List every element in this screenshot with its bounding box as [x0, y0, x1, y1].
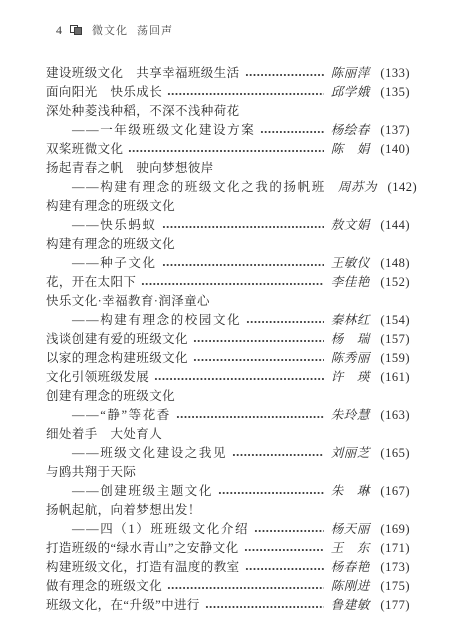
entry-author: 陈 娟: [331, 140, 370, 159]
entry-title: 建设班级文化 共享幸福班级生活: [46, 64, 240, 83]
entry-title: 深处种菱浅种稻，不深不浅种荷花: [46, 102, 240, 121]
toc-entry: 扬帆起航，向着梦想出发！: [46, 501, 410, 520]
entry-author: 杨绘春: [331, 121, 370, 140]
entry-author: 陈刚进: [331, 577, 370, 596]
entry-title: 双桨班微文化: [46, 140, 123, 159]
dotted-leader: [218, 482, 324, 501]
entry-author: 鲁建敏: [331, 596, 370, 615]
entry-page-number: (140): [377, 140, 410, 159]
dotted-leader: [232, 444, 324, 463]
entry-page-number: (157): [377, 330, 410, 349]
entry-page-number: (161): [377, 368, 410, 387]
header-book-title-part2: 荡回声: [137, 22, 173, 38]
toc-entry: ——构建有理念的校园文化 秦林红 (154): [46, 311, 410, 330]
entry-title: ——班级文化建设之我见: [46, 444, 227, 463]
dotted-leader: [128, 140, 323, 159]
toc-entry: 双桨班微文化 陈 娟 (140): [46, 140, 410, 159]
toc-entry: ——一年级班级文化建设方案 杨绘春 (137): [46, 121, 410, 140]
entry-page-number: (173): [377, 558, 410, 577]
toc-entry: 文化引领班级发展 许 瑛 (161): [46, 368, 410, 387]
dotted-leader: [167, 83, 324, 102]
entry-title: 做有理念的班级文化: [46, 577, 162, 596]
book-toc-page: 4 微文化 荡回声 建设班级文化 共享幸福班级生活 陈丽萍 (133) 面向阳光…: [0, 0, 462, 642]
entry-author: 杨 瑞: [331, 330, 370, 349]
entry-author: 邱学娥: [331, 83, 370, 102]
toc-entry: 打造班级的“绿水青山”之安静文化 王 东 (171): [46, 539, 410, 558]
dotted-leader: [193, 330, 324, 349]
entry-title: 扬起青春之帆 驶向梦想彼岸: [46, 159, 214, 178]
entry-author: 王敏仪: [331, 254, 370, 273]
header-book-title-part1: 微文化: [92, 22, 128, 38]
dotted-leader: [176, 406, 324, 425]
entry-author: 杨春艳: [331, 558, 370, 577]
running-header: 4 微文化 荡回声: [56, 22, 410, 38]
entry-page-number: (144): [377, 216, 410, 235]
entry-author: 陈秀丽: [331, 349, 370, 368]
entry-title: 花，开在太阳下: [46, 273, 136, 292]
entry-title: 面向阳光 快乐成长: [46, 83, 162, 102]
folio-page-number: 4: [56, 23, 62, 38]
dotted-leader: [154, 368, 323, 387]
entry-title: ——“静”等花香: [46, 406, 171, 425]
entry-author: 李佳艳: [331, 273, 370, 292]
toc-entry: ——“静”等花香 朱玲慧 (163): [46, 406, 410, 425]
dotted-leader: [205, 596, 324, 615]
entry-title: ——构建有理念的校园文化: [46, 311, 241, 330]
overlapping-squares-icon: [70, 24, 83, 36]
entry-page-number: (171): [377, 539, 410, 558]
toc-entry: 浅谈创建有爱的班级文化 杨 瑞 (157): [46, 330, 410, 349]
entry-page-number: (133): [377, 64, 410, 83]
dotted-leader: [162, 254, 324, 273]
entry-page-number: (177): [377, 596, 410, 615]
entry-page-number: (163): [377, 406, 410, 425]
entry-page-number: (148): [377, 254, 410, 273]
entry-author: 朱玲慧: [331, 406, 370, 425]
toc-entry: 花，开在太阳下 李佳艳 (152): [46, 273, 410, 292]
entry-page-number: (154): [377, 311, 410, 330]
entry-author: 朱 琳: [331, 482, 370, 501]
entry-page-number: (137): [377, 121, 410, 140]
toc-list: 建设班级文化 共享幸福班级生活 陈丽萍 (133) 面向阳光 快乐成长 邱学娥 …: [46, 64, 410, 615]
entry-author: 陈丽萍: [331, 64, 370, 83]
toc-entry: 构建有理念的班级文化: [46, 197, 410, 216]
toc-entry: 创建有理念的班级文化: [46, 387, 410, 406]
entry-title: 扬帆起航，向着梦想出发！: [46, 501, 201, 520]
entry-title: ——一年级班级文化建设方案: [46, 121, 255, 140]
entry-author: 秦林红: [331, 311, 370, 330]
entry-author: 敖文娟: [331, 216, 370, 235]
entry-title: ——种子文化: [46, 254, 157, 273]
dotted-leader: [254, 520, 324, 539]
toc-entry: ——种子文化 王敏仪 (148): [46, 254, 410, 273]
toc-entry: 快乐文化·幸福教育·润泽童心: [46, 292, 410, 311]
toc-entry: 深处种菱浅种稻，不深不浅种荷花: [46, 102, 410, 121]
dotted-leader: [246, 311, 323, 330]
entry-title: 构建班级文化，打造有温度的教室: [46, 558, 240, 577]
entry-title: 浅谈创建有爱的班级文化: [46, 330, 188, 349]
entry-page-number: (152): [377, 273, 410, 292]
entry-title: 构建有理念的班级文化: [46, 197, 175, 216]
entry-author: 许 瑛: [331, 368, 370, 387]
dotted-leader: [260, 121, 323, 140]
toc-entry: 构建有理念的班级文化: [46, 235, 410, 254]
toc-entry: 班级文化，在“升级”中进行 鲁建敏 (177): [46, 596, 410, 615]
entry-title: 细处着手 大处育人: [46, 425, 162, 444]
entry-author: 杨天丽: [331, 520, 370, 539]
toc-entry: ——班级文化建设之我见 刘丽芝 (165): [46, 444, 410, 463]
toc-entry: ——快乐蚂蚁 敖文娟 (144): [46, 216, 410, 235]
toc-entry: 构建班级文化，打造有温度的教室 杨春艳 (173): [46, 558, 410, 577]
entry-page-number: (135): [377, 83, 410, 102]
dotted-leader: [193, 349, 324, 368]
entry-title: 构建有理念的班级文化: [46, 235, 175, 254]
dotted-leader: [244, 539, 324, 558]
entry-page-number: (167): [377, 482, 410, 501]
entry-title: 以家的理念构建班级文化: [46, 349, 188, 368]
toc-entry: 扬起青春之帆 驶向梦想彼岸: [46, 159, 410, 178]
entry-page-number: (159): [377, 349, 410, 368]
entry-title: 班级文化，在“升级”中进行: [46, 596, 200, 615]
dotted-leader: [245, 64, 324, 83]
entry-page-number: (169): [377, 520, 410, 539]
entry-author: 周苏为: [338, 178, 377, 197]
dotted-leader: [162, 216, 324, 235]
dotted-leader: [245, 558, 324, 577]
entry-page-number: (142): [384, 178, 417, 197]
toc-entry: 以家的理念构建班级文化 陈秀丽 (159): [46, 349, 410, 368]
entry-title: ——创建班级主题文化: [46, 482, 213, 501]
toc-entry: ——四（1）班班级文化介绍 杨天丽 (169): [46, 520, 410, 539]
entry-page-number: (165): [377, 444, 410, 463]
entry-title: 快乐文化·幸福教育·润泽童心: [46, 292, 210, 311]
entry-author: 王 东: [331, 539, 370, 558]
toc-entry: ——构建有理念的班级文化之我的扬帆班 周苏为 (142): [46, 178, 410, 197]
toc-entry: 细处着手 大处育人: [46, 425, 410, 444]
entry-title: 与鸥共翔于天际: [46, 463, 136, 482]
entry-title: ——四（1）班班级文化介绍: [46, 520, 249, 539]
toc-entry: ——创建班级主题文化 朱 琳 (167): [46, 482, 410, 501]
toc-entry: 面向阳光 快乐成长 邱学娥 (135): [46, 83, 410, 102]
entry-page-number: (175): [377, 577, 410, 596]
toc-entry: 做有理念的班级文化 陈刚进 (175): [46, 577, 410, 596]
entry-title: 文化引领班级发展: [46, 368, 149, 387]
entry-title: 打造班级的“绿水青山”之安静文化: [46, 539, 239, 558]
entry-title: ——构建有理念的班级文化之我的扬帆班: [46, 178, 326, 197]
toc-entry: 与鸥共翔于天际: [46, 463, 410, 482]
entry-title: 创建有理念的班级文化: [46, 387, 175, 406]
dotted-leader: [167, 577, 324, 596]
toc-entry: 建设班级文化 共享幸福班级生活 陈丽萍 (133): [46, 64, 410, 83]
entry-title: ——快乐蚂蚁: [46, 216, 157, 235]
entry-author: 刘丽芝: [331, 444, 370, 463]
dotted-leader: [141, 273, 323, 292]
